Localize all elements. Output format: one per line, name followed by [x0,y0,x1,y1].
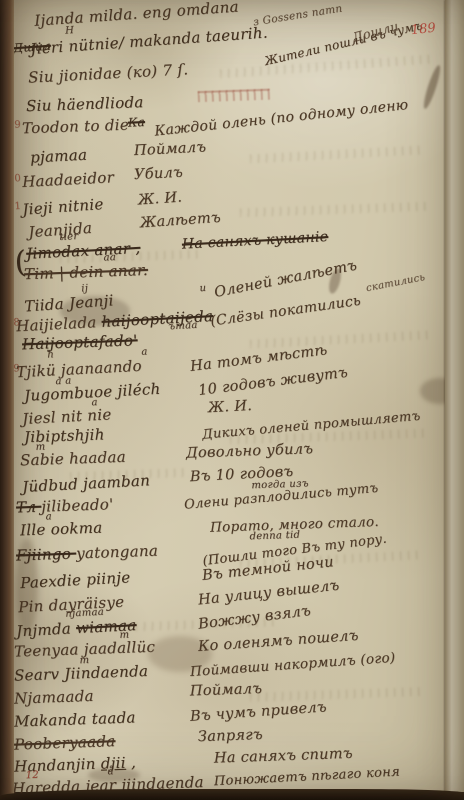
struck-word: Тл [16,498,42,517]
term: Makanda taada [14,708,136,730]
superscript-correction: аа [103,252,116,263]
term: Jiesl nit nie [22,405,112,428]
superscript-correction: h [47,349,54,360]
translation: Ж. И. [137,189,182,208]
superscript-correction: a a [55,375,72,387]
term: Haadaeidor [22,168,115,191]
term: Jieji nitnie [22,195,104,219]
term: Pooberyaada [14,732,116,754]
manuscript-photo: Ijanda milda. eng omdanaз Gossens namnДш… [0,0,464,800]
faded-struck-scribble [198,89,270,103]
struck-word: Fjiingo [16,544,77,564]
term: Haijooptafado' [22,331,138,353]
page-number: 189 [410,21,436,39]
term: Paexdie piinje [20,568,131,592]
annotation-note: скатились [365,272,426,294]
superscript-correction: m [35,442,45,453]
term: Jüdbud jaamban [22,471,151,496]
page-fore-edge [445,0,464,792]
term: Siu jionidae (ко) 7 ſ. [28,60,189,86]
translation: Поймалъ [190,681,263,700]
term: Siu häendlioda [26,93,144,115]
superscript-correction: denna tid [249,530,300,543]
superscript-correction: 12 [25,770,39,781]
superscript-correction: å [107,766,114,777]
term: Tim | dein anar. [24,261,149,283]
translation: Ж. И. [207,398,252,416]
superscript-correction: a [141,346,148,357]
translation: На саняхъ спитъ [214,746,353,767]
superscript-correction: m [79,655,89,666]
translation: Поймалъ [134,139,207,159]
term: Ille ookma [20,519,103,540]
term: Njamaada [14,687,94,708]
superscript-correction: njamaa [65,607,104,620]
term: Toodon to die [22,116,130,138]
term: Fjiingo yatongana [16,542,159,565]
term: pjamaa [30,146,88,167]
superscript-correction: tier [59,231,79,243]
superscript-correction: a [45,511,52,522]
book-binding-edge [0,0,14,800]
term: Тл jilibeado' [16,495,114,516]
superscript-correction: a [91,397,98,408]
translation: Довольно убилъ [186,441,314,461]
superscript-correction: и [199,283,207,294]
superscript-correction: H [65,25,75,37]
translation: Убилъ [134,165,184,184]
superscript-correction: ij [81,283,89,294]
entries-layer: Ijanda milda. eng omdanaз Gossens namnДш… [0,0,464,800]
red-struck-word: Ка [128,115,146,130]
translation: Запрягъ [198,727,264,745]
bottom-shadow [0,789,464,800]
superscript-correction: m [119,630,129,641]
term: Tjikü jaanaando [16,357,143,382]
